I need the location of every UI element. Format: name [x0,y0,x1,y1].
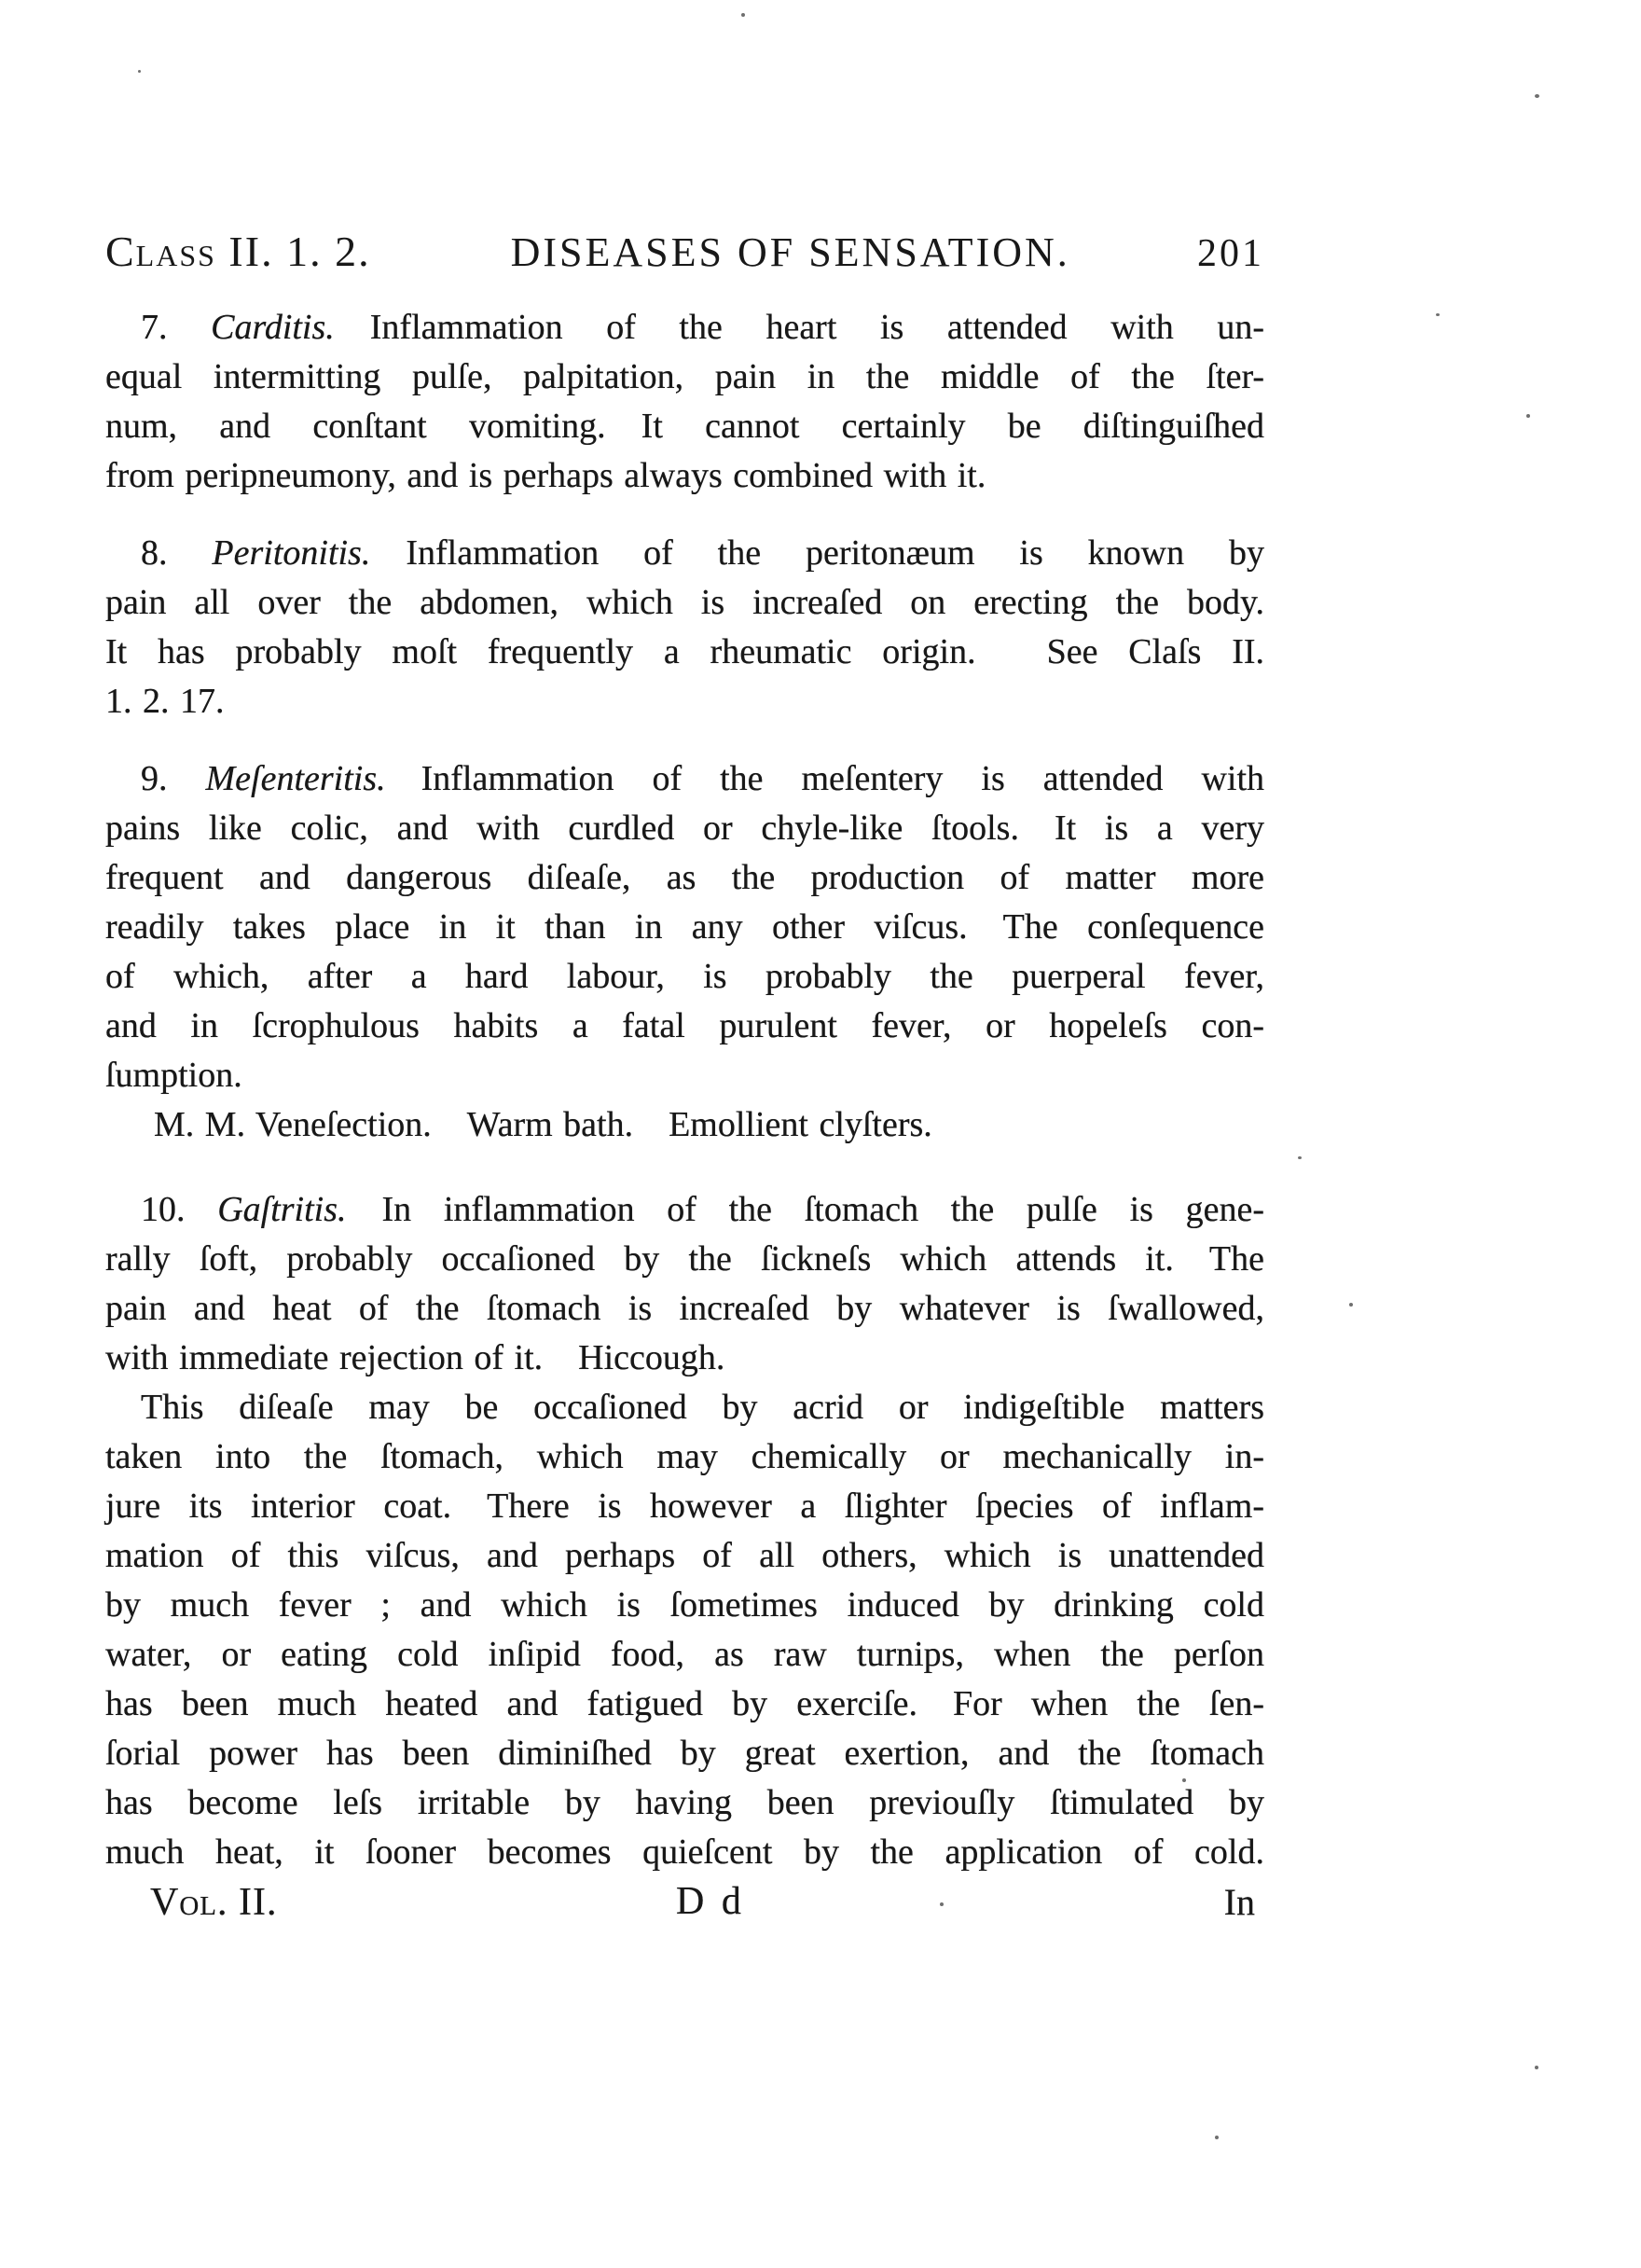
text-segment: with immediate rejection of it. Hiccough… [105,1338,724,1377]
text-segment: has become leſs irritable by having been… [105,1783,1264,1822]
text-line: pains like colic, and with curdled or ch… [105,804,1264,853]
text-segment: In inflammation of the ſtomach the pulſe… [347,1190,1265,1229]
text-line: readily takes place in it than in any ot… [105,903,1264,952]
text-body: 7. Carditis. Inflammation of the heart i… [105,303,1264,1877]
text-segment: jure its interior coat. There is however… [105,1487,1264,1526]
running-head: Class II. 1. 2. DISEASES OF SENSATION. 2… [105,227,1264,284]
disease-term: Gaſtritis. [217,1190,346,1229]
text-line: taken into the ſtomach, which may chemic… [105,1432,1264,1482]
text-segment: 9. [141,759,206,798]
text-segment: pain all over the abdomen, which is incr… [105,583,1264,622]
text-segment: mation of this viſcus, and perhaps of al… [105,1536,1264,1575]
text-line: much heat, it ſooner becomes quieſcent b… [105,1828,1264,1877]
text-line: ſumption. [105,1051,1264,1100]
text-line: and in ſcrophulous habits a fatal purule… [105,1002,1264,1051]
footer-line: Vol. II. D d In [105,1877,1264,1927]
paragraph-this-disease: This diſeaſe may be occaſioned by acrid … [105,1383,1264,1877]
text-segment: and in ſcrophulous habits a fatal purule… [105,1006,1264,1045]
text-line: ſorial power has been diminiſhed by grea… [105,1729,1264,1778]
scan-speck [1349,1303,1353,1307]
text-line: with immediate rejection of it. Hiccough… [105,1334,1264,1383]
paragraph-carditis: 7. Carditis. Inflammation of the heart i… [105,303,1264,501]
text-line: pain and heat of the ſtomach is increaſe… [105,1284,1264,1334]
text-line: It has probably moſt frequently a rheuma… [105,628,1264,677]
text-line: This diſeaſe may be occaſioned by acrid … [105,1383,1264,1432]
volume-label: Vol. II. [150,1878,277,1928]
class-label: Class II. 1. 2. [105,227,371,276]
text-segment: ſumption. [105,1056,242,1095]
text-line: water, or eating cold inſipid food, as r… [105,1630,1264,1680]
text-line: jure its interior coat. There is however… [105,1482,1264,1531]
text-segment: This diſeaſe may be occaſioned by acrid … [141,1388,1264,1427]
text-segment: readily takes place in it than in any ot… [105,907,1264,947]
scan-speck [1026,1411,1028,1414]
paragraph-mesenteritis: 9. Meſenteritis. Inflammation of the meſ… [105,754,1264,1150]
text-line: rally ſoft, probably occaſioned by the ſ… [105,1235,1264,1284]
scan-speck [1215,2136,1219,2139]
text-segment: ſorial power has been diminiſhed by grea… [105,1734,1264,1773]
text-segment: Inflammation of the heart is attended wi… [335,308,1264,347]
text-line: of which, after a hard labour, is probab… [105,952,1264,1002]
scan-speck [1535,94,1539,98]
scan-speck [1298,1156,1302,1159]
disease-term: Peritonitis. [212,533,370,573]
text-segment: from peripneumony, and is perhaps always… [105,456,986,495]
text-line: num, and conſtant vomiting. It cannot ce… [105,402,1264,451]
page-title: DISEASES OF SENSATION. [511,228,1070,276]
text-line: 1. 2. 17. [105,677,1264,726]
text-line: 9. Meſenteritis. Inflammation of the meſ… [105,754,1264,804]
scan-speck [741,13,745,17]
text-line: pain all over the abdomen, which is incr… [105,578,1264,628]
text-segment: 7. [141,308,211,347]
text-segment: by much fever ; and which is ſometimes i… [105,1585,1264,1625]
text-segment: has been much heated and fatigued by exe… [105,1684,1264,1723]
text-segment: frequent and dangerous diſeaſe, as the p… [105,858,1264,897]
text-segment: water, or eating cold inſipid food, as r… [105,1635,1264,1674]
text-line: has been much heated and fatigued by exe… [105,1680,1264,1729]
text-segment: It has probably moſt frequently a rheuma… [105,632,1264,671]
text-line: from peripneumony, and is perhaps always… [105,451,1264,501]
text-segment: 10. [141,1190,217,1229]
page-number: 201 [1197,231,1264,276]
text-segment: taken into the ſtomach, which may chemic… [105,1437,1264,1476]
disease-term: Meſenteritis. [206,759,386,798]
text-line: mation of this viſcus, and perhaps of al… [105,1531,1264,1581]
text-segment: pains like colic, and with curdled or ch… [105,809,1264,848]
scan-speck [1436,313,1440,316]
text-line: 10. Gaſtritis. In inflammation of the ſt… [105,1185,1264,1235]
text-segment: Inflammation of the meſentery is attende… [386,759,1264,798]
book-page-scan: Class II. 1. 2. DISEASES OF SENSATION. 2… [0,0,1641,2268]
text-segment: rally ſoft, probably occaſioned by the ſ… [105,1239,1264,1279]
scan-speck [1535,2066,1538,2069]
paragraph-gastritis: 10. Gaſtritis. In inflammation of the ſt… [105,1185,1264,1383]
text-line: 8. Peritonitis. Inflammation of the peri… [105,529,1264,578]
text-line: by much fever ; and which is ſometimes i… [105,1581,1264,1630]
text-segment: equal intermitting pulſe, palpitation, p… [105,357,1264,396]
text-segment: of which, after a hard labour, is probab… [105,957,1264,996]
text-segment: num, and conſtant vomiting. It cannot ce… [105,407,1264,446]
scan-speck [1182,1778,1186,1782]
text-line: 7. Carditis. Inflammation of the heart i… [105,303,1264,353]
text-line: frequent and dangerous diſeaſe, as the p… [105,853,1264,903]
text-line: equal intermitting pulſe, palpitation, p… [105,353,1264,402]
text-segment: 1. 2. 17. [105,682,225,721]
scan-speck [1526,414,1530,418]
printer-signature: D d [676,1877,745,1927]
text-block: Class II. 1. 2. DISEASES OF SENSATION. 2… [105,227,1264,1927]
text-segment: much heat, it ſooner becomes quieſcent b… [105,1832,1264,1872]
text-segment: 8. [141,533,212,573]
scan-speck [940,1902,944,1906]
disease-term: Carditis. [211,308,335,347]
paragraph-peritonitis: 8. Peritonitis. Inflammation of the peri… [105,529,1264,726]
text-segment: M. M. Veneſection. Warm bath. Emollient … [154,1105,932,1144]
catchword: In [1224,1877,1264,1927]
scan-speck [138,70,141,73]
text-segment: pain and heat of the ſtomach is increaſe… [105,1289,1264,1328]
text-line: has become leſs irritable by having been… [105,1778,1264,1828]
text-line: M. M. Veneſection. Warm bath. Emollient … [105,1100,1264,1150]
text-segment: Inflammation of the peritonæum is known … [370,533,1264,573]
